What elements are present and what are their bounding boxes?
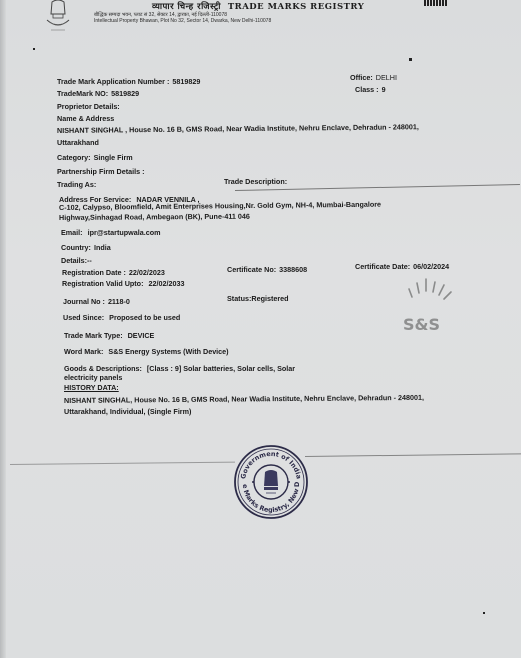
page-edge-shadow	[0, 0, 6, 658]
certificate-date-field: Certificate Date:06/02/2024	[355, 262, 449, 271]
details-heading: Details:--	[61, 256, 92, 265]
name-address-label: Name & Address	[57, 114, 114, 123]
category-field: Category:Single Firm	[57, 153, 133, 162]
history-line1: NISHANT SINGHAL, House No. 16 B, GMS Roa…	[64, 393, 424, 405]
history-heading: HISTORY DATA:	[64, 383, 119, 392]
valid-upto-field: Registration Valid Upto: 22/02/2033	[62, 279, 184, 288]
speck	[33, 48, 35, 50]
registry-address-english: Intellectual Property Bhawan, Plot No 32…	[94, 18, 271, 24]
trade-description-field: Trade Description:	[224, 177, 287, 186]
government-seal-icon: Government of India Trade Marks Registry…	[233, 444, 309, 520]
journal-number-field: Journal No :2118-0	[63, 297, 130, 306]
signature-stroke-right	[305, 453, 521, 457]
status-field: Status:Registered	[227, 294, 289, 303]
speck	[409, 58, 412, 61]
registration-date-field: Registration Date :22/02/2023	[62, 268, 165, 277]
goods-description-field: Goods & Descriptions: [Class : 9] Solar …	[64, 364, 295, 373]
class-field: Class :9	[355, 85, 386, 94]
address-for-service-line2: Highway,Sinhagad Road, Ambegaon (BK), Pu…	[59, 212, 250, 222]
used-since-field: Used Since: Proposed to be used	[63, 313, 180, 322]
partnership-field: Partnership Firm Details :	[57, 167, 144, 176]
india-emblem-icon	[43, 0, 73, 32]
trademark-logo-image: S&S	[398, 275, 468, 340]
word-mark-field: Word Mark: S&S Energy Systems (With Devi…	[64, 347, 229, 356]
signature-stroke-left	[10, 462, 235, 465]
speck	[483, 612, 485, 614]
goods-description-line2: electricity panels	[64, 373, 122, 382]
registry-title: व्यापार चिन्ह रजिस्ट्री TRADE MARKS REGI…	[152, 1, 364, 12]
proprietor-heading: Proprietor Details:	[57, 102, 120, 111]
history-line2: Uttarakhand, Individual, (Single Firm)	[64, 407, 191, 416]
svg-text:S&S: S&S	[403, 315, 440, 334]
application-number-field: Trade Mark Application Number :5819829	[57, 77, 200, 86]
trading-as-field: Trading As:	[57, 180, 96, 189]
office-field: Office:DELHI	[350, 73, 397, 82]
barcode-icon	[424, 0, 448, 6]
proprietor-address-line1: NISHANT SINGHAL , House No. 16 B, GMS Ro…	[57, 122, 419, 135]
trademark-type-field: Trade Mark Type: DEVICE	[64, 331, 154, 340]
trademark-number-field: TradeMark NO:5819829	[57, 89, 139, 98]
country-field: Country:India	[61, 243, 111, 252]
email-field: Email: ipr@startupwala.com	[61, 228, 161, 237]
proprietor-address-line2: Uttarakhand	[57, 138, 99, 147]
certificate-number-field: Certificate No:3388608	[227, 265, 307, 274]
